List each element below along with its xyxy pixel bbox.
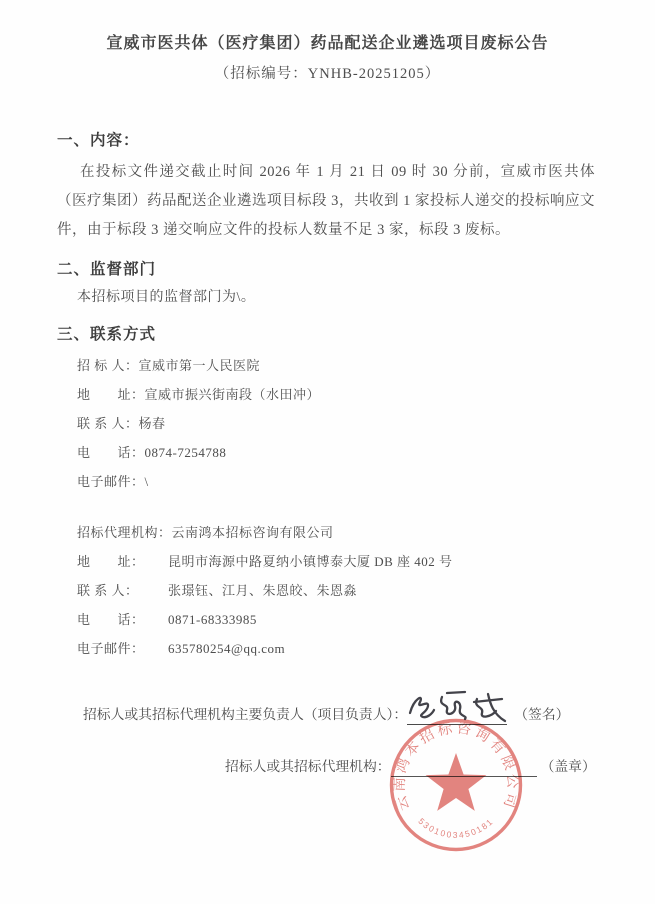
agency-email-label: 电子邮件：: [77, 640, 168, 657]
agency-phone-value: 0871-68333985: [168, 612, 257, 627]
tenderer-contact-block: 招 标 人：宣威市第一人民医院 地 址：宣威市振兴街南段（水田冲） 联 系 人：…: [57, 357, 595, 490]
tenderer-name-row: 招 标 人：宣威市第一人民医院: [77, 357, 595, 374]
handwritten-signature: [407, 698, 507, 725]
seal-blank-underline: [391, 760, 537, 777]
agency-name-value: 云南鸿本招标咨询有限公司: [172, 525, 334, 540]
agency-phone-row: 电 话：0871-68333985: [77, 611, 595, 628]
agency-contact-person-value: 张璟钰、江月、朱恩皎、朱恩淼: [168, 583, 357, 598]
agency-contact-block: 招标代理机构：云南鸿本招标咨询有限公司 地 址：昆明市海源中路夏纳小镇博泰大厦 …: [57, 524, 595, 657]
tenderer-phone-value: 0874-7254788: [145, 445, 227, 460]
tenderer-contact-person-row: 联 系 人：杨春: [77, 415, 595, 432]
tenderer-contact-person-value: 杨春: [139, 416, 166, 431]
agency-name-label: 招标代理机构：: [77, 524, 172, 541]
responsible-person-line: 招标人或其招标代理机构主要负责人（项目负责人）： （签名）: [83, 698, 569, 725]
section-2-paragraph: 本招标项目的监督部门为\。: [57, 289, 595, 307]
tenderer-phone-label: 电 话：: [77, 444, 145, 461]
section-2-heading: 二、监督部门: [57, 257, 595, 279]
tenderer-email-label: 电子邮件：: [77, 473, 145, 490]
responsible-person-label: 招标人或其招标代理机构主要负责人（项目负责人）：: [83, 707, 407, 722]
tenderer-contact-person-label: 联 系 人：: [77, 415, 139, 432]
page-title: 宣威市医共体（医疗集团）药品配送企业遴选项目废标公告: [0, 0, 655, 53]
section-3-heading: 三、联系方式: [57, 322, 595, 344]
section-1-paragraph: 在投标文件递交截止时间 2026 年 1 月 21 日 09 时 30 分前，宣…: [57, 158, 595, 245]
agency-address-value: 昆明市海源中路夏纳小镇博泰大厦 DB 座 402 号: [168, 554, 453, 569]
agency-address-row: 地 址：昆明市海源中路夏纳小镇博泰大厦 DB 座 402 号: [77, 553, 595, 570]
agency-contact-person-label: 联 系 人：: [77, 582, 168, 599]
agency-email-row: 电子邮件：635780254@qq.com: [77, 640, 595, 657]
tenderer-address-label: 地 址：: [77, 386, 145, 403]
tenderer-address-value: 宣威市振兴街南段（水田冲）: [145, 387, 321, 402]
agency-name-row: 招标代理机构：云南鸿本招标咨询有限公司: [77, 524, 595, 541]
tenderer-email-value: \: [145, 474, 149, 489]
company-seal-stamp: 云南鸿本招标咨询有限公司 5301003450181: [389, 718, 523, 852]
agency-phone-label: 电 话：: [77, 611, 168, 628]
sign-suffix: （签名）: [514, 707, 569, 722]
tenderer-email-row: 电子邮件：\: [77, 473, 595, 490]
agency-contact-person-row: 联 系 人：张璟钰、江月、朱恩皎、朱恩淼: [77, 582, 595, 599]
document-body: 一、内容： 在投标文件递交截止时间 2026 年 1 月 21 日 09 时 3…: [0, 128, 655, 657]
announcement-page: 宣威市医共体（医疗集团）药品配送企业遴选项目废标公告 （招标编号：YNHB-20…: [0, 0, 655, 904]
tender-number: （招标编号：YNHB-20251205）: [0, 62, 655, 83]
agency-email-value: 635780254@qq.com: [168, 641, 285, 656]
organization-seal-line: 招标人或其招标代理机构：（盖章）: [225, 757, 596, 777]
tenderer-name-value: 宣威市第一人民医院: [139, 358, 261, 373]
tenderer-name-label: 招 标 人：: [77, 357, 139, 374]
seal-suffix: （盖章）: [541, 759, 596, 774]
signature-scribble: [405, 688, 511, 728]
tenderer-phone-row: 电 话：0874-7254788: [77, 444, 595, 461]
section-1-heading: 一、内容：: [57, 128, 595, 150]
organization-label: 招标人或其招标代理机构：: [225, 759, 391, 774]
agency-address-label: 地 址：: [77, 553, 168, 570]
tenderer-address-row: 地 址：宣威市振兴街南段（水田冲）: [77, 386, 595, 403]
stamp-number-text: 5301003450181: [416, 816, 495, 840]
stamp-outer-ring: [392, 721, 521, 850]
